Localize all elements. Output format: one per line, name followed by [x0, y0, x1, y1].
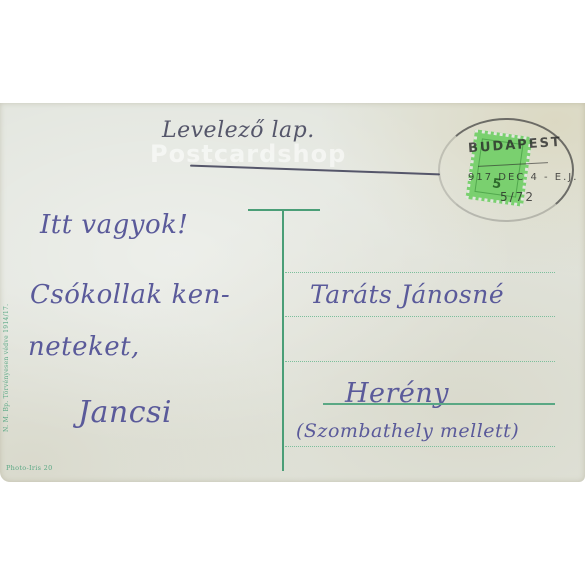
postcard-heading: Levelező lap.	[162, 118, 315, 143]
divider-vertical	[282, 209, 284, 471]
message-line-2: Csókollak ken-	[30, 280, 230, 310]
photo-iris-imprint: Photo-Iris 20	[6, 464, 53, 472]
town-underline	[323, 403, 555, 405]
postmark-number: 5/72	[500, 190, 535, 204]
message-signature: Jancsi	[78, 395, 172, 430]
recipient-locality: (Szombathely mellett)	[296, 420, 519, 442]
publisher-imprint: N. M. Bp. Törvényesen védve 1914/17.	[3, 182, 10, 432]
divider-top	[248, 209, 320, 211]
address-line-2	[285, 316, 555, 317]
address-line-3	[285, 361, 555, 362]
watermark: Postcardshop	[150, 140, 346, 168]
address-line-4	[285, 446, 555, 447]
recipient-name: Taráts Jánosné	[310, 280, 504, 309]
message-line-1: Itt vagyok!	[40, 210, 188, 240]
postmark-circle	[438, 118, 574, 222]
message-line-3: neteket,	[28, 332, 140, 362]
postmark-date: 917 DEC 4 - E.J.	[468, 172, 578, 183]
address-line-1	[285, 272, 555, 273]
